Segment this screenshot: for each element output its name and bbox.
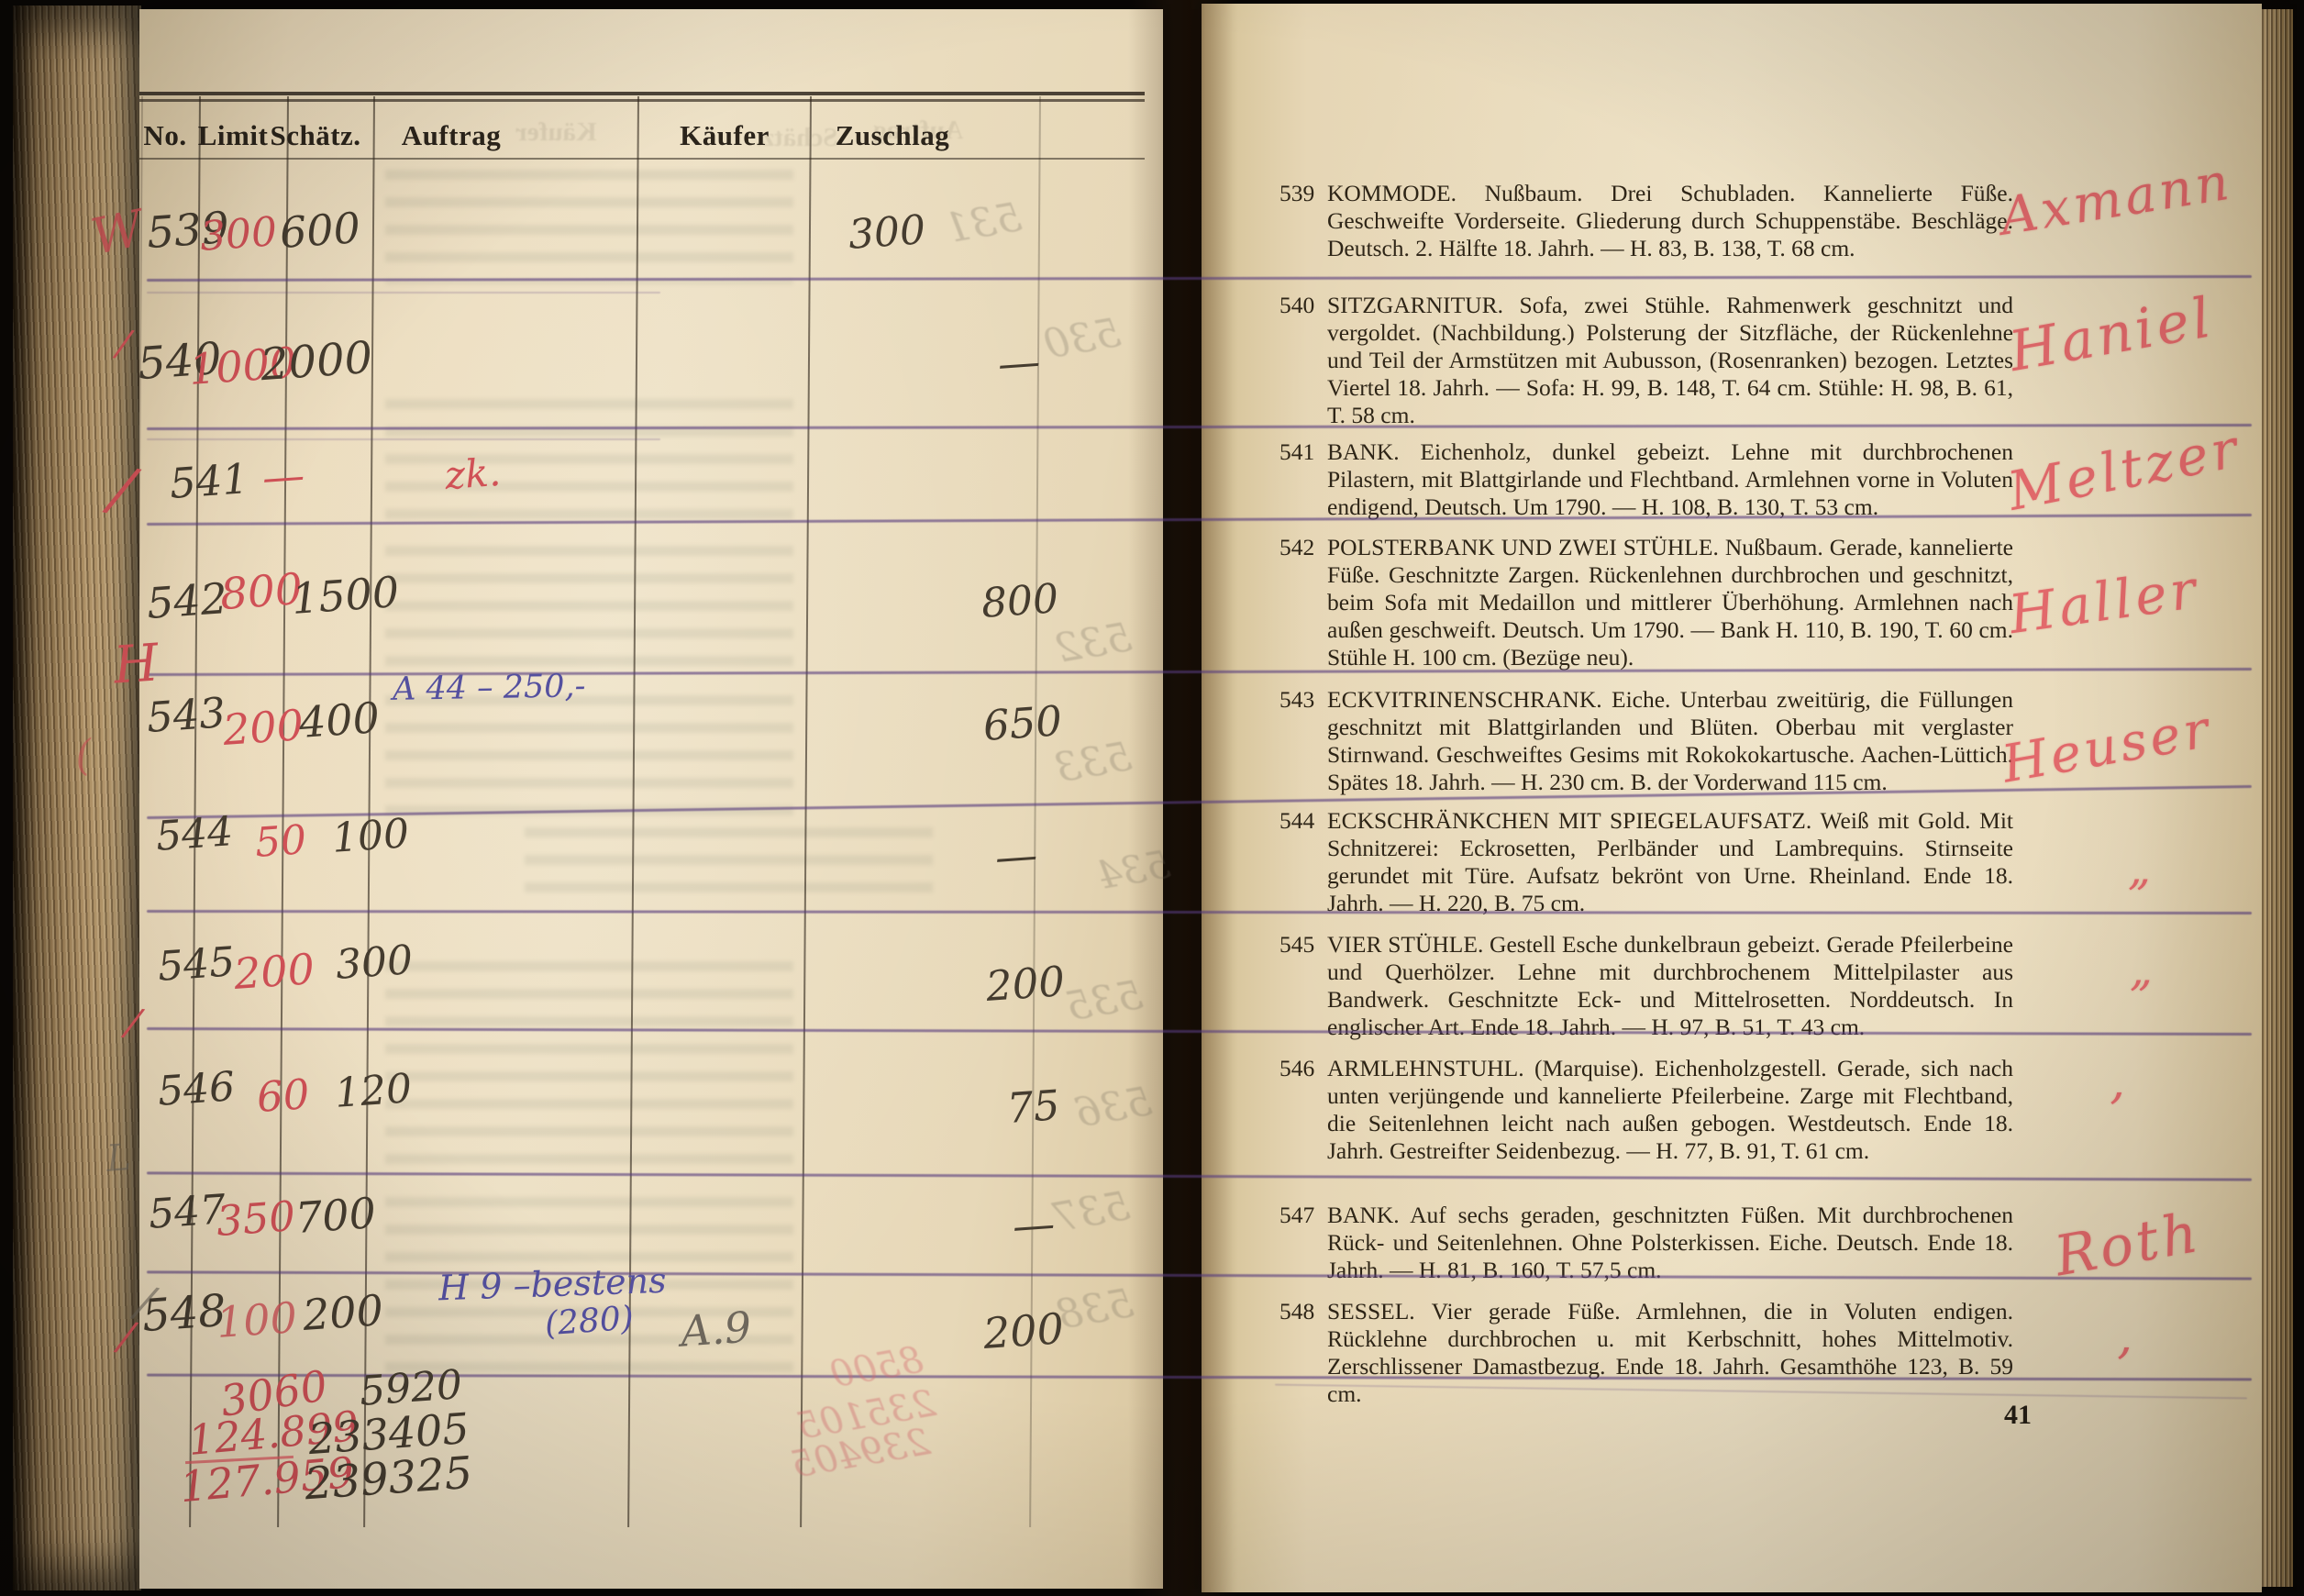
catalog-entry-543: 543ECKVITRINENSCHRANK. Eiche. Unterbau z…: [1279, 686, 2013, 796]
ghost-header-kaeufer: Käufer: [515, 117, 597, 148]
entry-text: BANK. Eichenholz, dunkel gebeizt. Lehne …: [1327, 438, 2013, 520]
auction-ledger-photo: Käufer Schätz. Auftrag No. Limit Schätz.…: [0, 0, 2304, 1596]
page-number: 41: [2004, 1400, 2032, 1431]
lot-number: 539: [1279, 180, 1327, 207]
entry-text: KOMMODE. Nußbaum. Drei Schubladen. Kanne…: [1327, 180, 2013, 261]
bleed-through-text: [385, 961, 793, 1181]
entry-text: BANK. Auf sechs geraden, geschnitzten Fü…: [1327, 1202, 2013, 1283]
column-line-kaeufer: [800, 96, 812, 1527]
book-page-stack-edge: [13, 6, 141, 1590]
entry-text: ECKVITRINENSCHRANK. Eiche. Unterbau zwei…: [1327, 686, 2013, 795]
header-underline: [139, 158, 1145, 160]
lot-number: 543: [1279, 686, 1327, 714]
header-limit: Limit: [198, 119, 269, 152]
header-kaeufer: Käufer: [680, 119, 770, 152]
entry-text: SITZGARNITUR. Sofa, zwei Stühle. Rahmenw…: [1327, 292, 2013, 428]
catalog-entry-545: 545VIER STÜHLE. Gestell Esche dunkelbrau…: [1279, 931, 2013, 1041]
table-top-rule-2: [139, 99, 1145, 102]
lot-number: 542: [1279, 534, 1327, 561]
ruled-line-echo: [147, 292, 660, 294]
lot-number: 544: [1279, 807, 1327, 835]
entry-text: POLSTERBANK UND ZWEI STÜHLE. Nußbaum. Ge…: [1327, 534, 2013, 671]
catalog-entry-544: 544ECKSCHRÄNKCHEN MIT SPIEGELAUFSATZ. We…: [1279, 807, 2013, 917]
catalog-entry-541: 541BANK. Eichenholz, dunkel gebeizt. Leh…: [1279, 438, 2013, 521]
bleed-through-text: [385, 170, 793, 284]
header-auftrag: Auftrag: [402, 119, 502, 152]
lot-number: 547: [1279, 1202, 1327, 1229]
bleed-through-text: [385, 546, 793, 679]
book-fore-edge: [2262, 9, 2293, 1587]
bleed-through-text: [385, 1197, 793, 1385]
catalog-entry-542: 542POLSTERBANK UND ZWEI STÜHLE. Nußbaum.…: [1279, 534, 2013, 671]
lot-number: 545: [1279, 931, 1327, 959]
column-line-schaetz: [363, 96, 375, 1527]
catalog-entry-548: 548SESSEL. Vier gerade Füße. Armlehnen, …: [1279, 1298, 2013, 1408]
entry-text: ECKSCHRÄNKCHEN MIT SPIEGELAUFSATZ. Weiß …: [1327, 807, 2013, 916]
bleed-through-text: [385, 399, 793, 537]
table-top-rule: [139, 92, 1145, 95]
column-line-no: [189, 96, 201, 1527]
column-line-zuschlag: [1029, 96, 1041, 1527]
catalog-entry-546: 546ARMLEHNSTUHL. (Marquise). Eichenholzg…: [1279, 1055, 2013, 1165]
bleed-through-text: [525, 827, 933, 910]
lot-number: 546: [1279, 1055, 1327, 1082]
entry-text: VIER STÜHLE. Gestell Esche dunkelbraun g…: [1327, 931, 2013, 1040]
left-ledger-page: Käufer Schätz. Auftrag No. Limit Schätz.…: [139, 9, 1163, 1589]
lot-number: 548: [1279, 1298, 1327, 1325]
catalog-entry-547: 547BANK. Auf sechs geraden, geschnitzten…: [1279, 1202, 2013, 1284]
header-no: No.: [143, 119, 186, 152]
catalog-entry-539: 539KOMMODE. Nußbaum. Drei Schubladen. Ka…: [1279, 180, 2013, 262]
catalog-entry-540: 540SITZGARNITUR. Sofa, zwei Stühle. Rahm…: [1279, 292, 2013, 429]
header-zuschlag: Zuschlag: [836, 119, 950, 152]
entry-text: ARMLEHNSTUHL. (Marquise). Eichenholzgest…: [1327, 1055, 2013, 1164]
lot-number: 540: [1279, 292, 1327, 319]
ruled-line-echo: [147, 438, 660, 440]
column-line-limit: [277, 96, 289, 1527]
header-schaetz: Schätz.: [270, 119, 360, 152]
bleed-through-text: [385, 695, 793, 819]
lot-number: 541: [1279, 438, 1327, 466]
